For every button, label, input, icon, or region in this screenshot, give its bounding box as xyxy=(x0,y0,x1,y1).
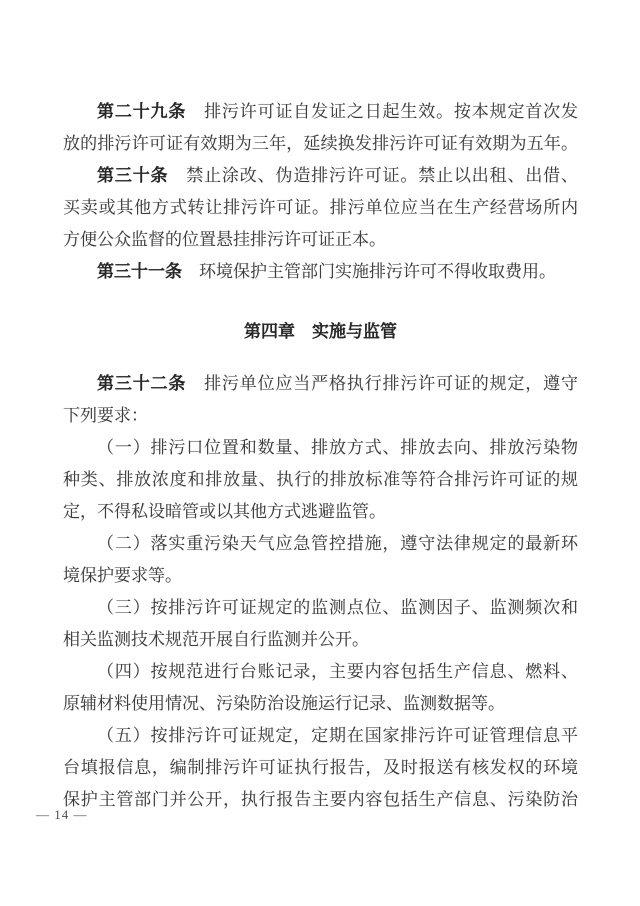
text-segment: 种类、排放浓度和排放量、执行的排放标准等符合排污许可证的规 xyxy=(63,470,578,489)
text-segment: 环境保护主管部门实施排污许可不得收取费用。 xyxy=(182,262,556,281)
text-line: 第三十条 禁止涂改、伪造排污许可证。禁止以出租、出借、 xyxy=(63,160,578,192)
text-segment: 境保护要求等。 xyxy=(63,566,182,585)
text-line: 第三十二条 排污单位应当严格执行排污许可证的规定，遵守 xyxy=(63,368,578,400)
article-number: 第四章 实施与监管 xyxy=(244,322,397,341)
text-segment: 放的排污许可证有效期为三年，延续换发排污许可证有效期为五年。 xyxy=(63,134,578,153)
text-line: 种类、排放浓度和排放量、执行的排放标准等符合排污许可证的规 xyxy=(63,464,578,496)
document-body: 第二十九条 排污许可证自发证之日起生效。按本规定首次发放的排污许可证有效期为三年… xyxy=(63,96,578,816)
text-line: 下列要求： xyxy=(63,400,578,432)
document-page: 第二十九条 排污许可证自发证之日起生效。按本规定首次发放的排污许可证有效期为三年… xyxy=(0,0,640,906)
page-number: — 14 — xyxy=(36,806,88,824)
text-line: （一）排污口位置和数量、排放方式、排放去向、排放污染物 xyxy=(63,432,578,464)
article-number: 第二十九条 xyxy=(97,102,186,121)
article-number: 第三十二条 xyxy=(97,374,186,393)
text-line: 买卖或其他方式转让排污许可证。排污单位应当在生产经营场所内 xyxy=(63,192,578,224)
text-segment: 排污许可证自发证之日起生效。按本规定首次发 xyxy=(186,102,578,121)
text-segment: 定，不得私设暗管或以其他方式逃避监管。 xyxy=(63,502,386,521)
text-line: （四）按规范进行台账记录，主要内容包括生产信息、燃料、 xyxy=(63,656,578,688)
text-segment: （一）排污口位置和数量、排放方式、排放去向、排放污染物 xyxy=(97,438,578,457)
text-line: （五）按排污许可证规定，定期在国家排污许可证管理信息平 xyxy=(63,720,578,752)
text-segment: （五）按排污许可证规定，定期在国家排污许可证管理信息平 xyxy=(97,726,578,745)
text-line: 台填报信息，编制排污许可证执行报告，及时报送有核发权的环境 xyxy=(63,752,578,784)
text-segment: （四）按规范进行台账记录，主要内容包括生产信息、燃料、 xyxy=(97,662,578,681)
text-segment: 相关监测技术规范开展自行监测并公开。 xyxy=(63,630,369,649)
text-line: 方便公众监督的位置悬挂排污许可证正本。 xyxy=(63,224,578,256)
chapter-heading: 第四章 实施与监管 xyxy=(63,316,578,348)
text-line: 相关监测技术规范开展自行监测并公开。 xyxy=(63,624,578,656)
text-segment: 保护主管部门并公开，执行报告主要内容包括生产信息、污染防治 xyxy=(63,790,578,809)
text-line: 原辅材料使用情况、污染防治设施运行记录、监测数据等。 xyxy=(63,688,578,720)
text-segment: 排污单位应当严格执行排污许可证的规定，遵守 xyxy=(186,374,578,393)
text-segment: （三）按排污许可证规定的监测点位、监测因子、监测频次和 xyxy=(97,598,578,617)
text-line: 第二十九条 排污许可证自发证之日起生效。按本规定首次发 xyxy=(63,96,578,128)
text-segment: 禁止涂改、伪造排污许可证。禁止以出租、出借、 xyxy=(168,166,578,185)
article-number: 第三十条 xyxy=(97,166,168,185)
text-line: 第三十一条 环境保护主管部门实施排污许可不得收取费用。 xyxy=(63,256,578,288)
text-segment: 原辅材料使用情况、污染防治设施运行记录、监测数据等。 xyxy=(63,694,505,713)
text-line: 保护主管部门并公开，执行报告主要内容包括生产信息、污染防治 xyxy=(63,784,578,816)
text-line: （三）按排污许可证规定的监测点位、监测因子、监测频次和 xyxy=(63,592,578,624)
text-segment: 买卖或其他方式转让排污许可证。排污单位应当在生产经营场所内 xyxy=(63,198,578,217)
text-line: （二）落实重污染天气应急管控措施，遵守法律规定的最新环 xyxy=(63,528,578,560)
text-segment: 台填报信息，编制排污许可证执行报告，及时报送有核发权的环境 xyxy=(63,758,578,777)
text-segment: 方便公众监督的位置悬挂排污许可证正本。 xyxy=(63,230,386,249)
article-number: 第三十一条 xyxy=(97,262,182,281)
text-segment: （二）落实重污染天气应急管控措施，遵守法律规定的最新环 xyxy=(97,534,578,553)
text-line: 定，不得私设暗管或以其他方式逃避监管。 xyxy=(63,496,578,528)
text-segment: 下列要求： xyxy=(63,406,148,425)
text-line: 境保护要求等。 xyxy=(63,560,578,592)
text-line: 放的排污许可证有效期为三年，延续换发排污许可证有效期为五年。 xyxy=(63,128,578,160)
